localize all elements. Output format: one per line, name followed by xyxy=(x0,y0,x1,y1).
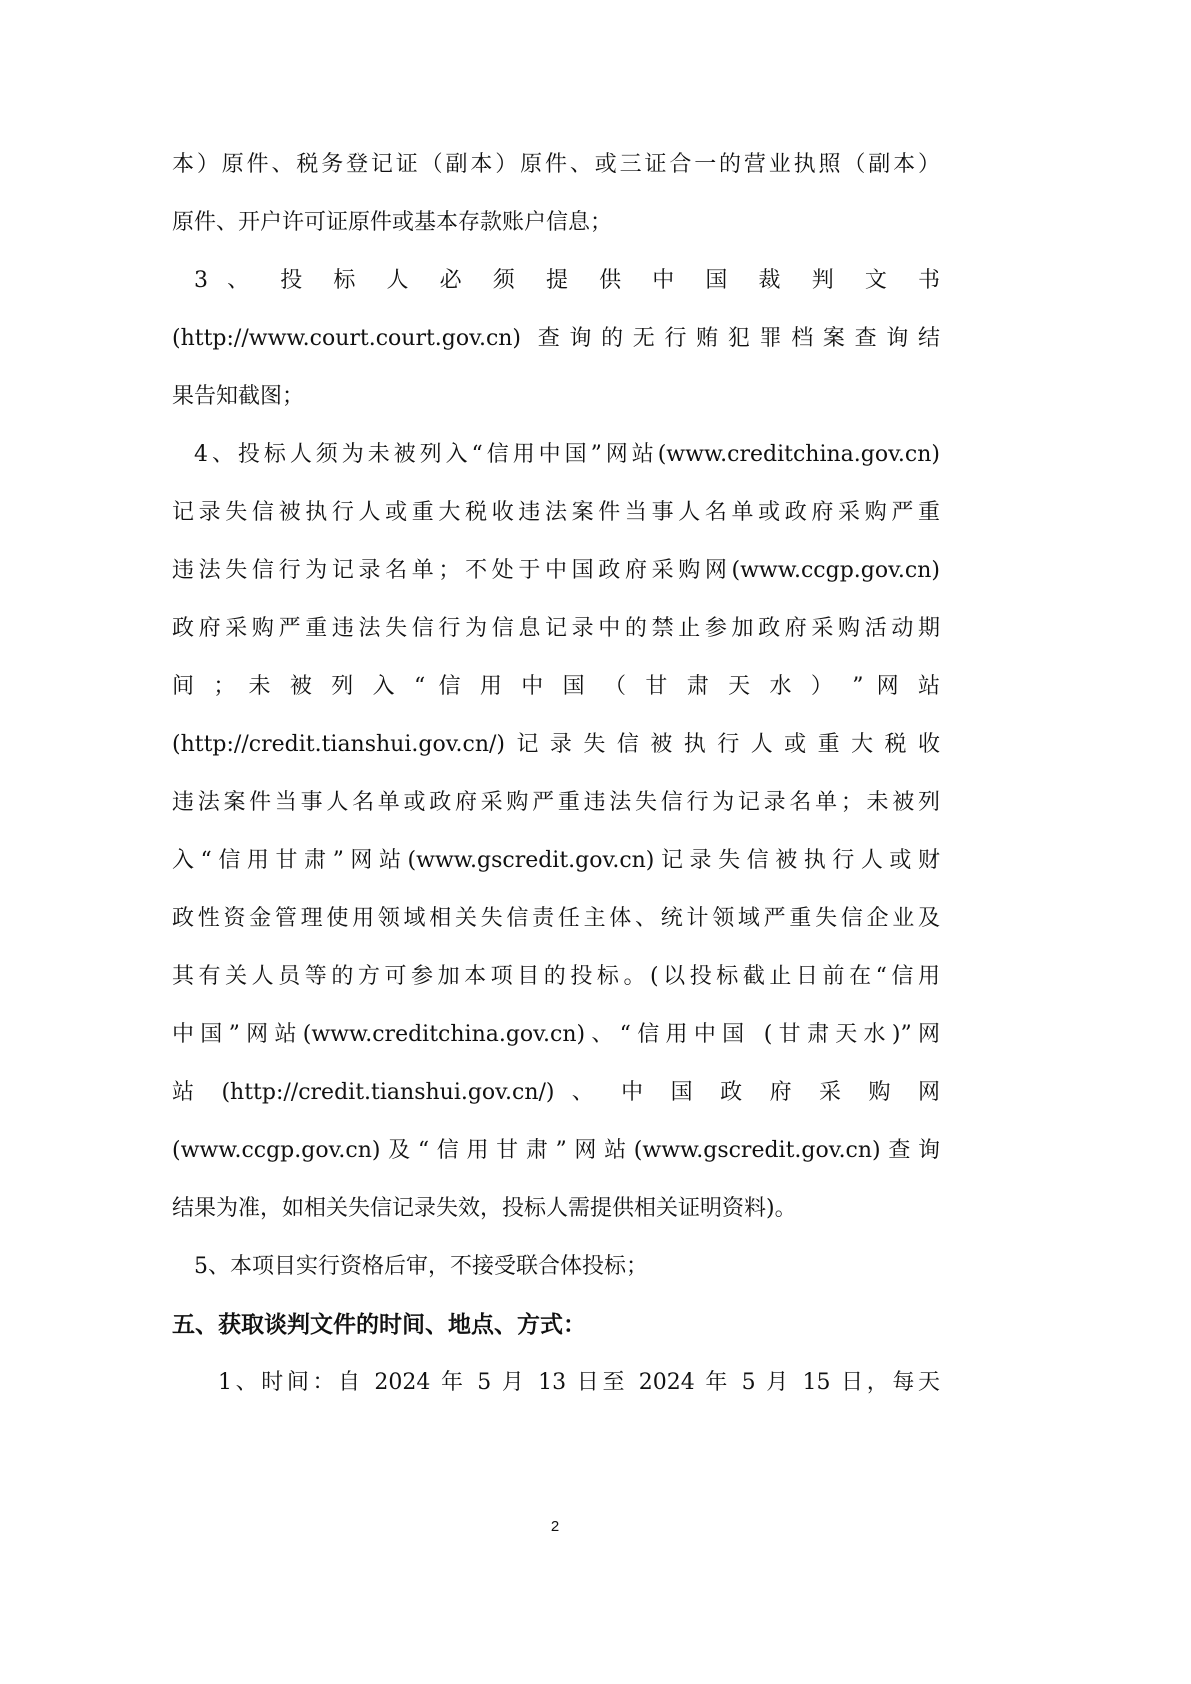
paragraph-line: 入“信用甘肃”网站(www.gscredit.gov.cn)记录失信被执行人或财 xyxy=(172,841,940,881)
paragraph-line: 中国”网站(www.creditchina.gov.cn)、“信用中国 (甘肃天… xyxy=(172,1015,940,1055)
paragraph-line: 违法案件当事人名单或政府采购严重违法失信行为记录名单；未被列 xyxy=(172,783,940,823)
paragraph-line: 记录失信被执行人或重大税收违法案件当事人名单或政府采购严重 xyxy=(172,493,940,533)
paragraph-line: 政府采购严重违法失信行为信息记录中的禁止参加政府采购活动期 xyxy=(172,609,940,649)
section-heading: 五、获取谈判文件的时间、地点、方式： xyxy=(172,1305,940,1345)
paragraph-line: 3 、 投 标 人 必 须 提 供 中 国 裁 判 文 书 xyxy=(194,261,940,301)
paragraph-line: 结果为准，如相关失信记录失效，投标人需提供相关证明资料)。 xyxy=(172,1189,940,1229)
paragraph-line: 其有关人员等的方可参加本项目的投标。(以投标截止日前在“信用 xyxy=(172,957,940,997)
paragraph-line: 4、投标人须为未被列入“信用中国”网站(www.creditchina.gov.… xyxy=(194,435,940,475)
paragraph-line: (http://www.court.court.gov.cn) 查询的无行贿犯罪… xyxy=(172,319,940,359)
paragraph-line: 政性资金管理使用领域相关失信责任主体、统计领域严重失信企业及 xyxy=(172,899,940,939)
paragraph-line: 站 (http://credit.tianshui.gov.cn/) 、 中 国… xyxy=(172,1073,940,1113)
paragraph-line: 违法失信行为记录名单；不处于中国政府采购网(www.ccgp.gov.cn) xyxy=(172,551,940,591)
paragraph-line: 1、时间：自 2024 年 5 月 13 日至 2024 年 5 月 15 日，… xyxy=(218,1363,940,1403)
document-page: 本）原件、税务登记证（副本）原件、或三证合一的营业执照（副本） 原件、开户许可证… xyxy=(0,0,1191,1684)
paragraph-line: 果告知截图； xyxy=(172,377,940,417)
paragraph-line: 原件、开户许可证原件或基本存款账户信息； xyxy=(172,203,940,243)
paragraph-line: 本）原件、税务登记证（副本）原件、或三证合一的营业执照（副本） xyxy=(172,145,940,185)
paragraph-line: (www.ccgp.gov.cn)及“信用甘肃”网站(www.gscredit.… xyxy=(172,1131,940,1171)
paragraph-line: (http://credit.tianshui.gov.cn/)记录失信被执行人… xyxy=(172,725,940,765)
page-number: 2 xyxy=(0,1518,1110,1535)
paragraph-line: 5、本项目实行资格后审，不接受联合体投标； xyxy=(194,1247,940,1287)
paragraph-line: 间 ； 未 被 列 入 “ 信 用 中 国 （ 甘 肃 天 水 ） ” 网 站 xyxy=(172,667,940,707)
